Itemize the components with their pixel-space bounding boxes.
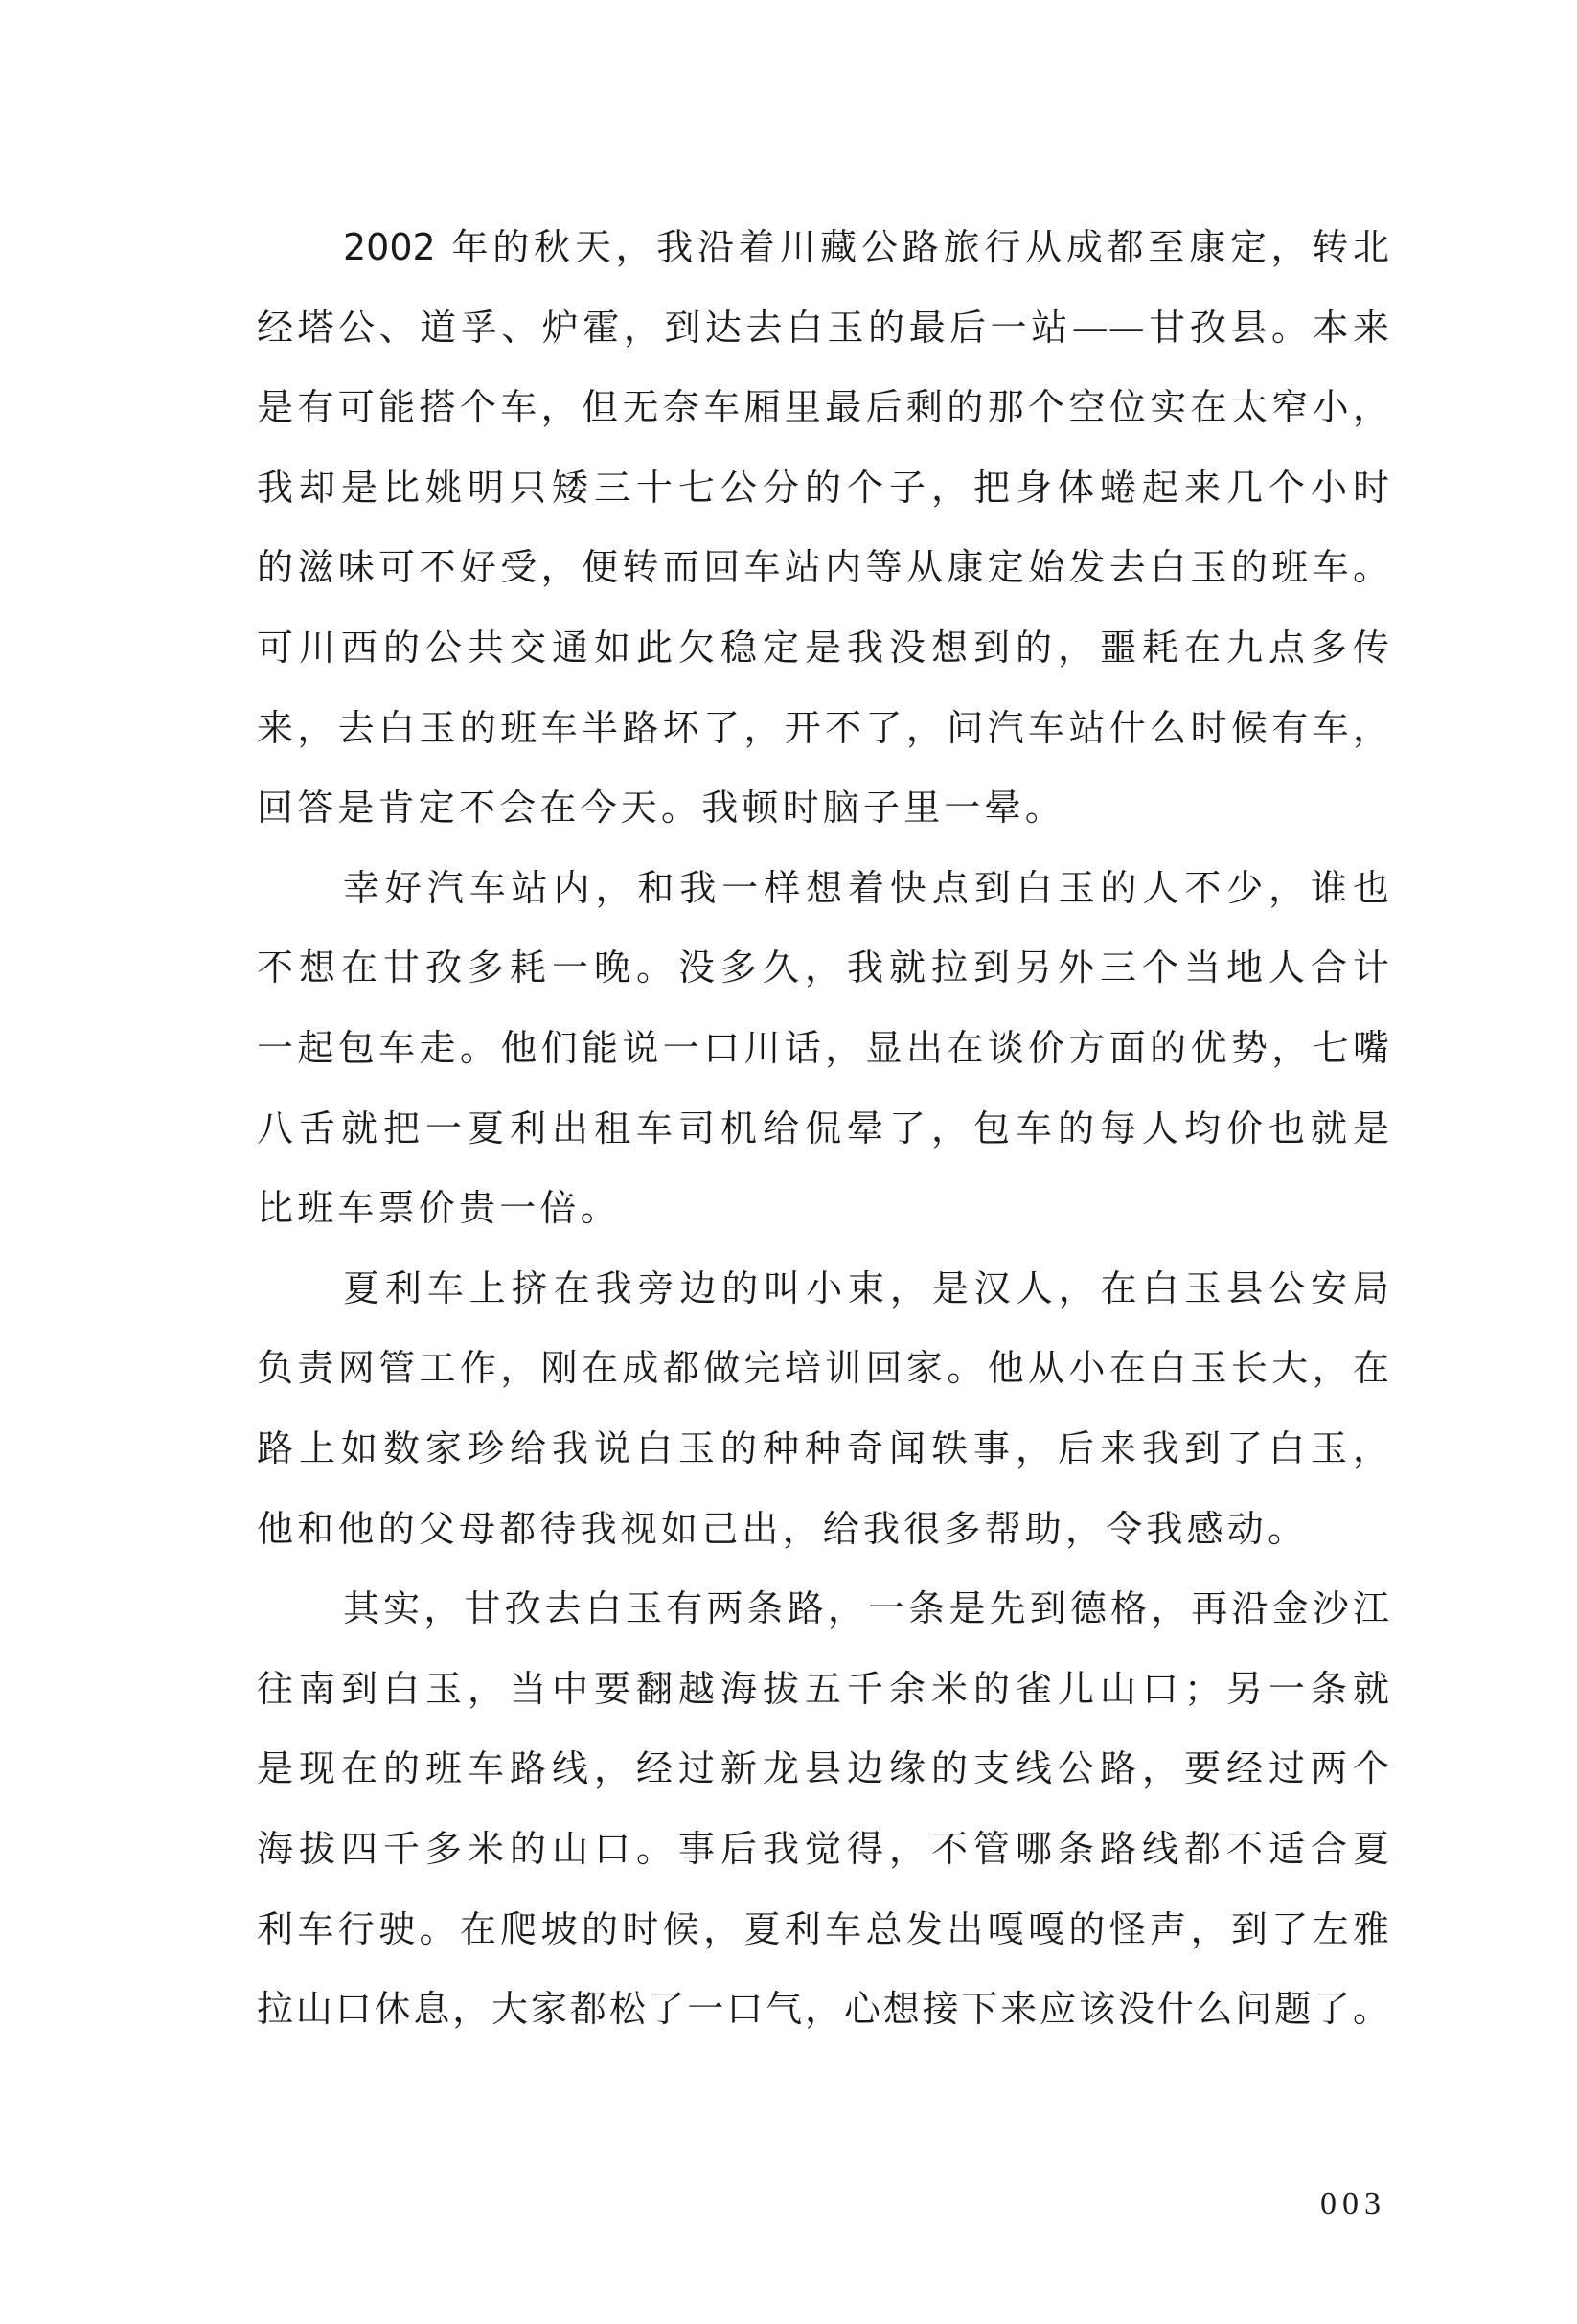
paragraph-3-line-1: 夏利车上挤在我旁边的叫小束，是汉人，在白玉县公安局 <box>343 1248 1389 1329</box>
paragraph-1-line-5: 的滋味可不好受，便转而回车站内等从康定始发去白玉的班车。 <box>257 527 1389 607</box>
paragraph-2-line-4: 八舌就把一夏利出租车司机给侃晕了，包车的每人均价也就是 <box>257 1088 1389 1169</box>
paragraph-3-line-3: 路上如数家珍给我说白玉的种种奇闻轶事，后来我到了白玉， <box>257 1408 1389 1489</box>
paragraph-2-line-1: 幸好汽车站内，和我一样想着快点到白玉的人不少，谁也 <box>343 848 1389 928</box>
paragraph-1-line-7: 来，去白玉的班车半路坏了，开不了，问汽车站什么时候有车， <box>257 688 1389 768</box>
paragraph-4-line-1: 其实，甘孜去白玉有两条路，一条是先到德格，再沿金沙江 <box>343 1568 1389 1649</box>
paragraph-4-line-4: 海拔四千多米的山口。事后我觉得，不管哪条路线都不适合夏 <box>257 1809 1389 1889</box>
paragraph-4-line-5: 利车行驶。在爬坡的时候，夏利车总发出嘎嘎的怪声，到了左雅 <box>257 1889 1389 1970</box>
paragraph-2-line-5: 比班车票价贵一倍。 <box>257 1168 1389 1248</box>
paragraph-1-line-6: 可川西的公共交通如此欠稳定是我没想到的，噩耗在九点多传 <box>257 607 1389 688</box>
page-number: 003 <box>1320 2186 1386 2222</box>
paragraph-3-line-4: 他和他的父母都待我视如己出，给我很多帮助，令我感动。 <box>257 1489 1389 1569</box>
paragraph-4-line-2: 往南到白玉，当中要翻越海拔五千余米的雀儿山口；另一条就 <box>257 1649 1389 1729</box>
paragraph-2-line-3: 一起包车走。他们能说一口川话，显出在谈价方面的优势，七嘴 <box>257 1008 1389 1088</box>
book-page: 2002 年的秋天，我沿着川藏公路旅行从成都至康定，转北 经塔公、道孚、炉霍，到… <box>0 0 1577 2324</box>
paragraph-1-line-3: 是有可能搭个车，但无奈车厢里最后剩的那个空位实在太窄小， <box>257 367 1389 447</box>
paragraph-2-line-2: 不想在甘孜多耗一晚。没多久，我就拉到另外三个当地人合计 <box>257 927 1389 1008</box>
paragraph-1-line-8: 回答是肯定不会在今天。我顿时脑子里一晕。 <box>257 767 1389 848</box>
paragraph-4-line-6: 拉山口休息，大家都松了一口气，心想接下来应该没什么问题了。 <box>257 1969 1389 2049</box>
paragraph-4-line-3: 是现在的班车路线，经过新龙县边缘的支线公路，要经过两个 <box>257 1728 1389 1809</box>
paragraph-1-line-1: 2002 年的秋天，我沿着川藏公路旅行从成都至康定，转北 <box>343 207 1389 287</box>
paragraph-3-line-2: 负责网管工作，刚在成都做完培训回家。他从小在白玉长大，在 <box>257 1328 1389 1408</box>
paragraph-1-line-4: 我却是比姚明只矮三十七公分的个子，把身体蜷起来几个小时 <box>257 447 1389 528</box>
paragraph-1-line-2: 经塔公、道孚、炉霍，到达去白玉的最后一站——甘孜县。本来 <box>257 287 1389 368</box>
